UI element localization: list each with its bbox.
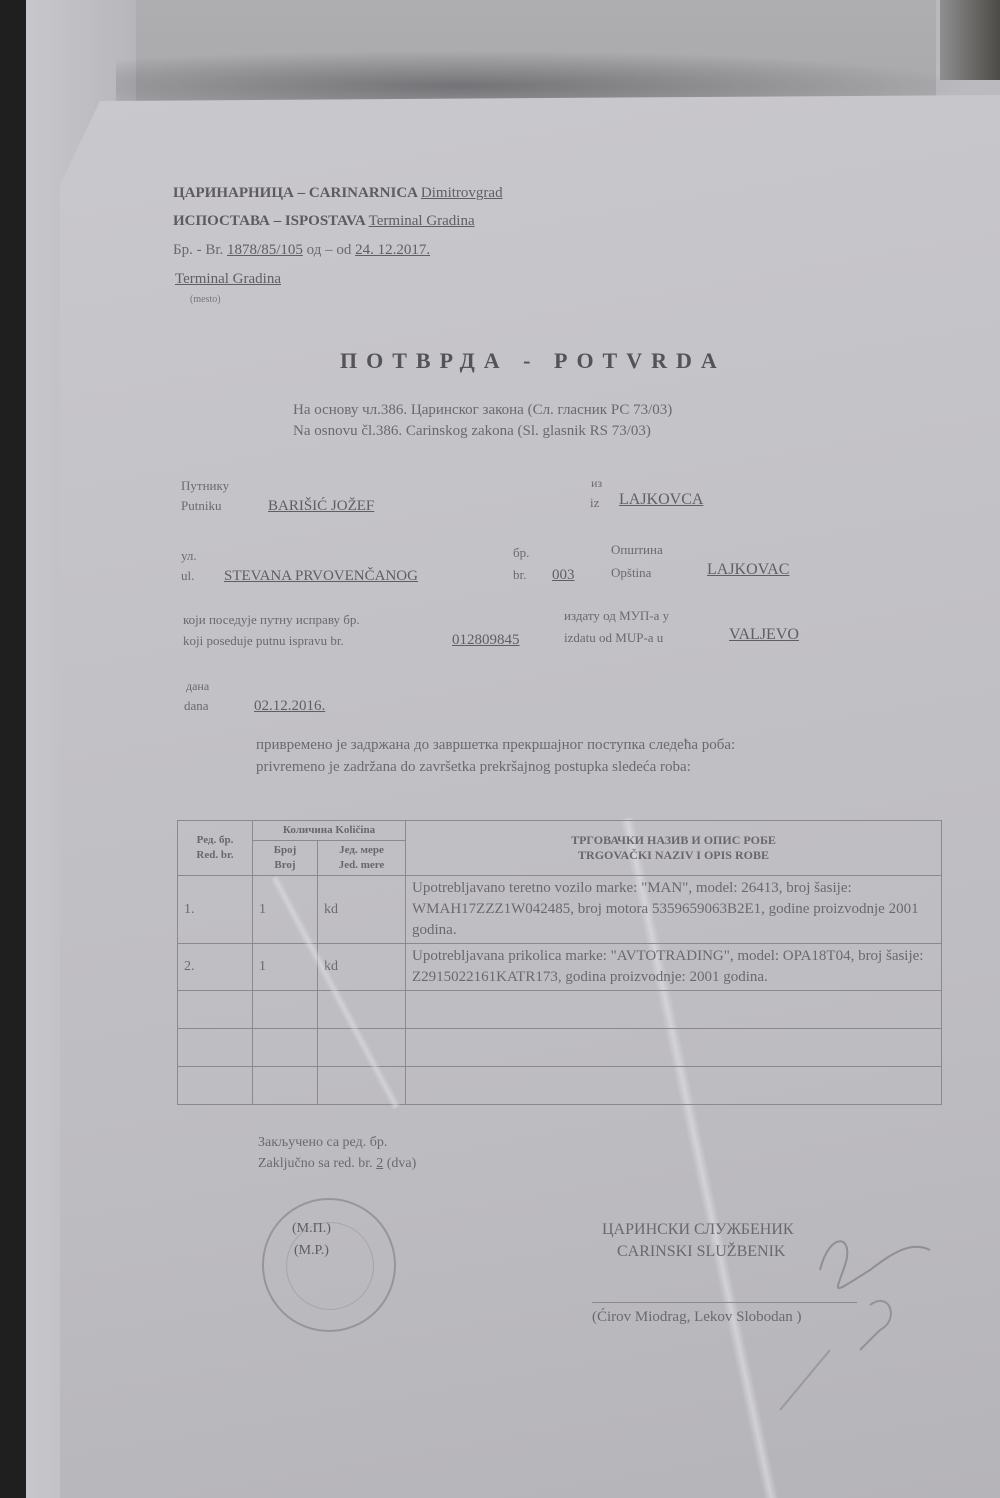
stamp-label-cyrillic: (М.П.) xyxy=(292,1218,331,1240)
document-label-cyrillic: који поседује путну исправу бр. xyxy=(183,610,360,630)
header-count: Број Broj xyxy=(253,841,318,876)
traveler-label-latin: Putniku xyxy=(181,496,221,516)
customs-office-line: ЦАРИНАРНИЦА – CARINARNICA Dimitrovgrad xyxy=(173,183,503,203)
concluded-latin-line: Zaključno sa red. br. 2 (dva) xyxy=(258,1154,416,1174)
header-quantity: Количина Količina xyxy=(253,821,406,841)
issued-label-latin: izdatu od MUP-a u xyxy=(564,628,663,648)
header-seq-cyrillic: Ред. бр. xyxy=(184,833,246,848)
stamp-label: (М.П.) (M.P.) xyxy=(292,1218,331,1262)
header-description-latin: TRGOVAČKI NAZIV I OPIS ROBE xyxy=(412,848,935,863)
house-number-label-cyrillic: бр. xyxy=(513,543,529,563)
from-label-latin: iz xyxy=(590,493,599,513)
branch-value: Terminal Gradina xyxy=(369,213,475,229)
stamp-label-latin: (M.P.) xyxy=(292,1240,331,1262)
place-caption: (mesto) xyxy=(190,290,221,310)
legal-basis-cyrillic: На основу чл.386. Царинског закона (Сл. … xyxy=(293,400,672,420)
statement-latin: privremeno je zadržana do završetka prek… xyxy=(256,757,691,777)
cell-seq: 1. xyxy=(178,876,253,944)
customs-office-value: Dimitrovgrad xyxy=(421,185,503,201)
document-title: ПОТВРДА - POTVRDA xyxy=(340,348,726,374)
header-seq-latin: Red. br. xyxy=(184,848,246,863)
from-value: LAJKOVCA xyxy=(619,490,703,510)
cell-description: Upotrebljavano teretno vozilo marke: "MA… xyxy=(406,876,942,944)
date-label: од – od xyxy=(307,242,352,258)
house-number-value: 003 xyxy=(552,565,575,585)
header-unit-cyrillic: Јед. мере xyxy=(324,843,399,858)
issued-label-cyrillic: издату од МУП-а у xyxy=(564,606,669,626)
header-description: ТРГОВАЧКИ НАЗИВ И ОПИС РОБЕ TRGOVAČKI NA… xyxy=(406,821,942,876)
document-label-latin: koji poseduje putnu ispravu br. xyxy=(183,631,344,651)
street-label-cyrillic: ул. xyxy=(181,546,197,566)
day-label-cyrillic: дана xyxy=(186,676,209,696)
branch-label: ИСПОСТАВА – ISPOSTAVA xyxy=(173,213,365,229)
background-dark-corner xyxy=(940,0,1000,80)
header-description-cyrillic: ТРГОВАЧКИ НАЗИВ И ОПИС РОБЕ xyxy=(412,833,935,848)
street-value: STEVANA PRVOVENČANOG xyxy=(224,566,418,586)
number-line: Бр. - Br. 1878/85/105 од – od 24. 12.201… xyxy=(173,240,430,260)
concluded-latin: Zaključno sa red. br. xyxy=(258,1156,373,1171)
date-value: 24. 12.2017. xyxy=(355,242,430,258)
cell-seq: 2. xyxy=(178,944,253,991)
concluded-number: 2 xyxy=(376,1156,383,1171)
customs-office-label: ЦАРИНАРНИЦА – CARINARNICA xyxy=(173,185,417,201)
issue-date: 02.12.2016. xyxy=(254,696,325,716)
legal-basis-latin: Na osnovu čl.386. Carinskog zakona (Sl. … xyxy=(293,421,651,441)
house-number-label-latin: br. xyxy=(513,565,526,585)
table-row-empty xyxy=(178,1067,942,1105)
branch-line: ИСПОСТАВА – ISPOSTAVA Terminal Gradina xyxy=(173,211,475,231)
concluded-cyrillic: Закључено са ред. бр. xyxy=(258,1133,387,1153)
street-label-latin: ul. xyxy=(181,566,194,586)
number-value: 1878/85/105 xyxy=(227,242,303,258)
header-unit-latin: Jed. mere xyxy=(324,858,399,873)
cell-unit: kd xyxy=(318,876,406,944)
header-count-cyrillic: Број xyxy=(259,843,311,858)
goods-table: Ред. бр. Red. br. Количина Količina ТРГО… xyxy=(177,820,942,1105)
number-label: Бр. - Br. xyxy=(173,242,223,258)
from-label-cyrillic: из xyxy=(591,473,602,493)
table-row: 2. 1 kd Upotrebljavana prikolica marke: … xyxy=(178,944,942,991)
table-row-empty xyxy=(178,991,942,1029)
table-row-empty xyxy=(178,1029,942,1067)
header-count-latin: Broj xyxy=(259,858,311,873)
day-label-latin: dana xyxy=(184,696,209,716)
place-value: Terminal Gradina xyxy=(175,269,281,289)
header-seq: Ред. бр. Red. br. xyxy=(178,821,253,876)
statement-cyrillic: привремено је задржана до завршетка прек… xyxy=(256,735,735,755)
concluded-words: (dva) xyxy=(387,1156,417,1171)
municipality-value: LAJKOVAC xyxy=(707,560,789,580)
header-unit: Јед. мере Jed. mere xyxy=(318,841,406,876)
cell-description: Upotrebljavana prikolica marke: "AVTOTRA… xyxy=(406,944,942,991)
municipality-label-cyrillic: Општина xyxy=(611,540,663,560)
issued-place: VALJEVO xyxy=(729,625,799,645)
document-number: 012809845 xyxy=(452,630,520,650)
handwritten-signature xyxy=(760,1210,980,1410)
traveler-label-cyrillic: Путнику xyxy=(181,476,229,496)
municipality-label-latin: Opština xyxy=(611,563,651,583)
traveler-name: BARIŠIĆ JOŽEF xyxy=(268,496,374,516)
